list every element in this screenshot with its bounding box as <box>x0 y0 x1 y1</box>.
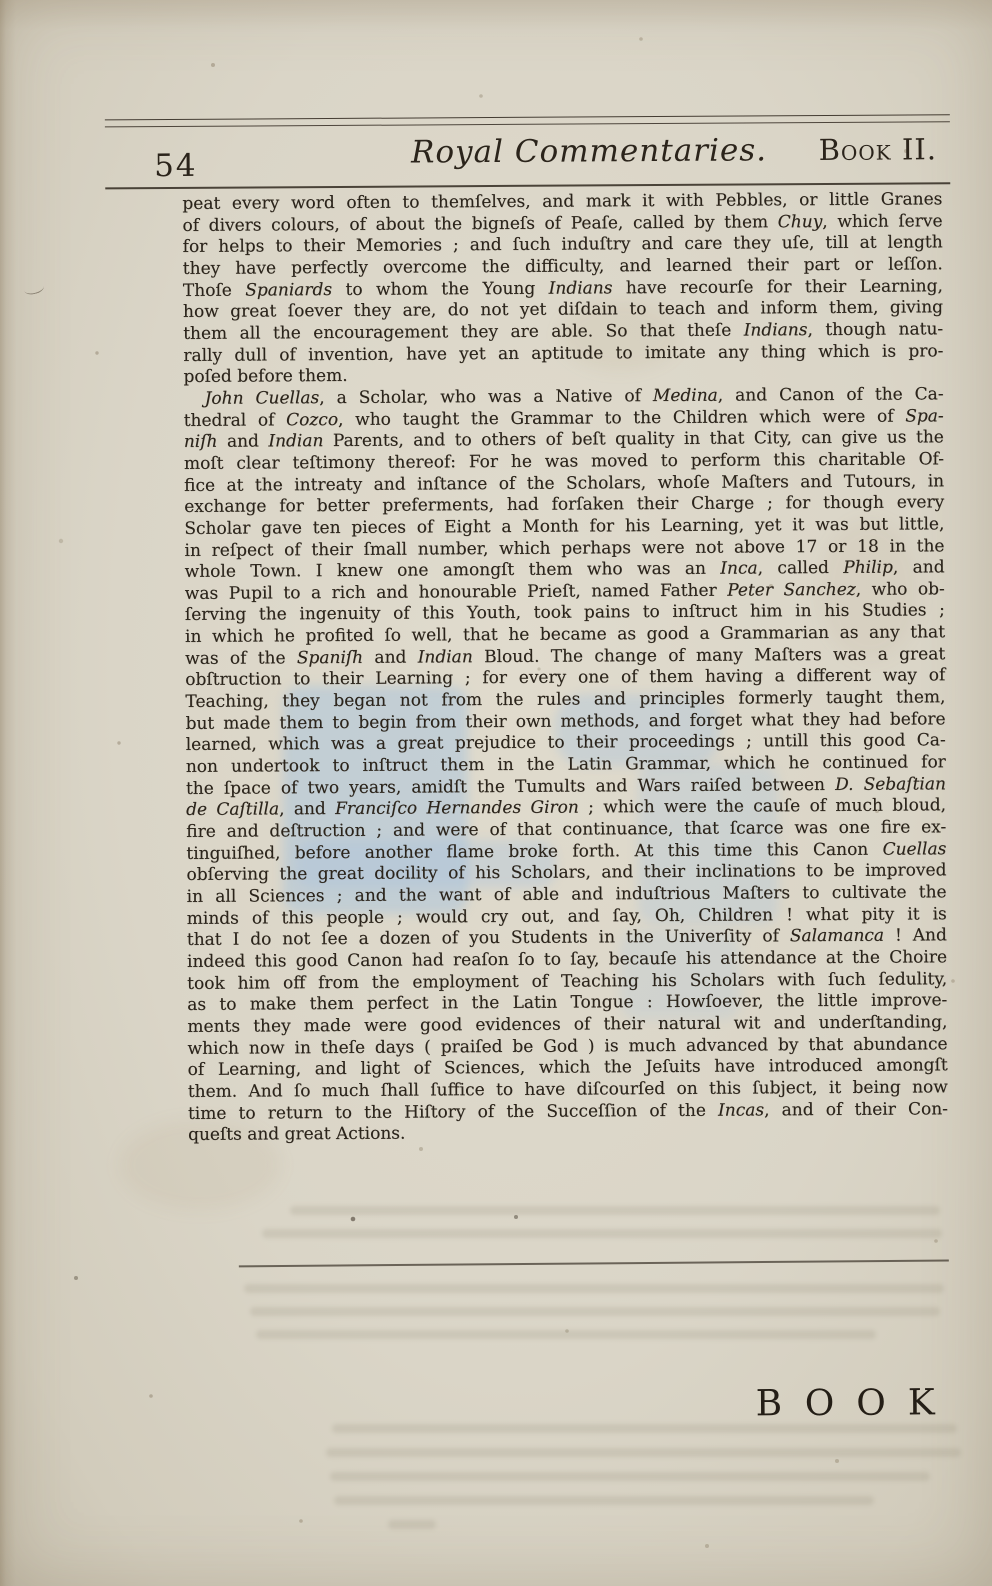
catchword: BOOK <box>756 1382 957 1424</box>
section-divider-rule <box>239 1260 949 1268</box>
text-line: queſts and great Actions. <box>188 1120 948 1146</box>
page-body-text: peat every word often to themſelves, and… <box>182 189 948 1146</box>
printed-area: 54 Royal Commentaries. Book II. peat eve… <box>0 0 992 1586</box>
running-title: Royal Commentaries. <box>411 132 767 170</box>
book-label: Book II. <box>819 132 938 167</box>
paper-specks <box>0 0 2 2</box>
header-bottom-rule <box>105 182 950 189</box>
book-page-scan: 54 Royal Commentaries. Book II. peat eve… <box>0 0 992 1586</box>
page-number: 54 <box>154 148 198 184</box>
page-header: 54 Royal Commentaries. Book II. <box>0 0 988 3</box>
header-top-double-rule <box>105 114 950 127</box>
